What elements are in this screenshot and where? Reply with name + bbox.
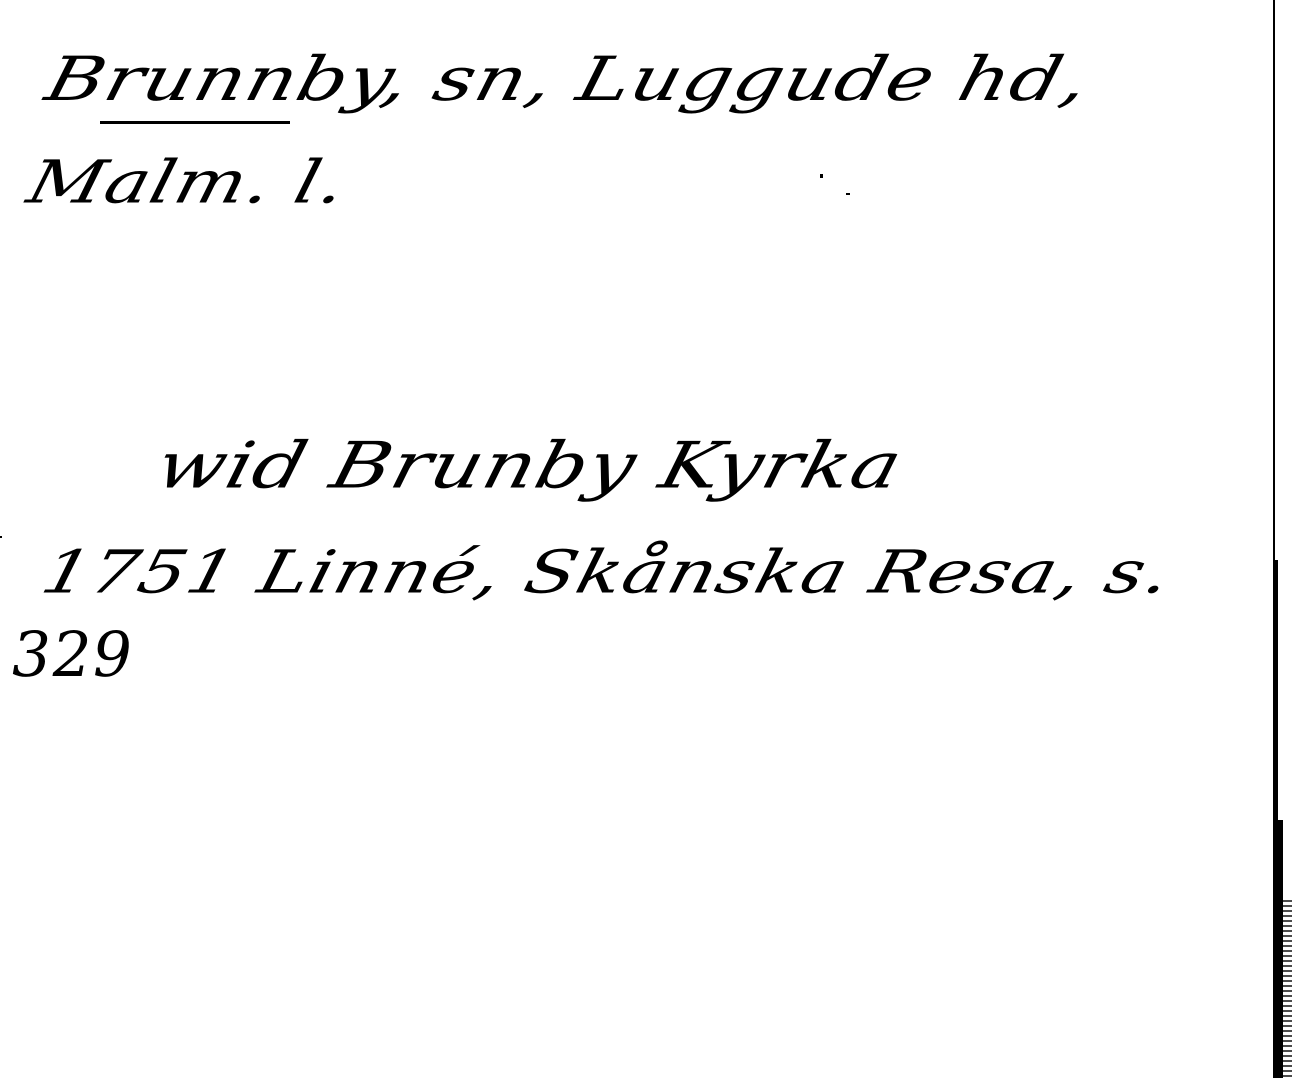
county-line: Malm. l. — [22, 153, 353, 212]
quoted-form-line: wid Brunby Kyrka — [150, 434, 909, 498]
scan-edge-noise — [1283, 900, 1292, 1078]
scan-speck — [820, 174, 823, 178]
heading-line: Brunnby, sn, Luggude hd, — [40, 49, 1096, 110]
citation-line: 1751 Linné, Skånska Resa, s. — [36, 543, 1177, 602]
index-card: Brunnby, sn, Luggude hd, Malm. l. wid Br… — [0, 0, 1292, 1078]
page-number: 329 — [6, 624, 138, 686]
scan-speck — [0, 536, 2, 538]
headword-underline — [100, 121, 290, 124]
scan-speck — [846, 193, 850, 195]
